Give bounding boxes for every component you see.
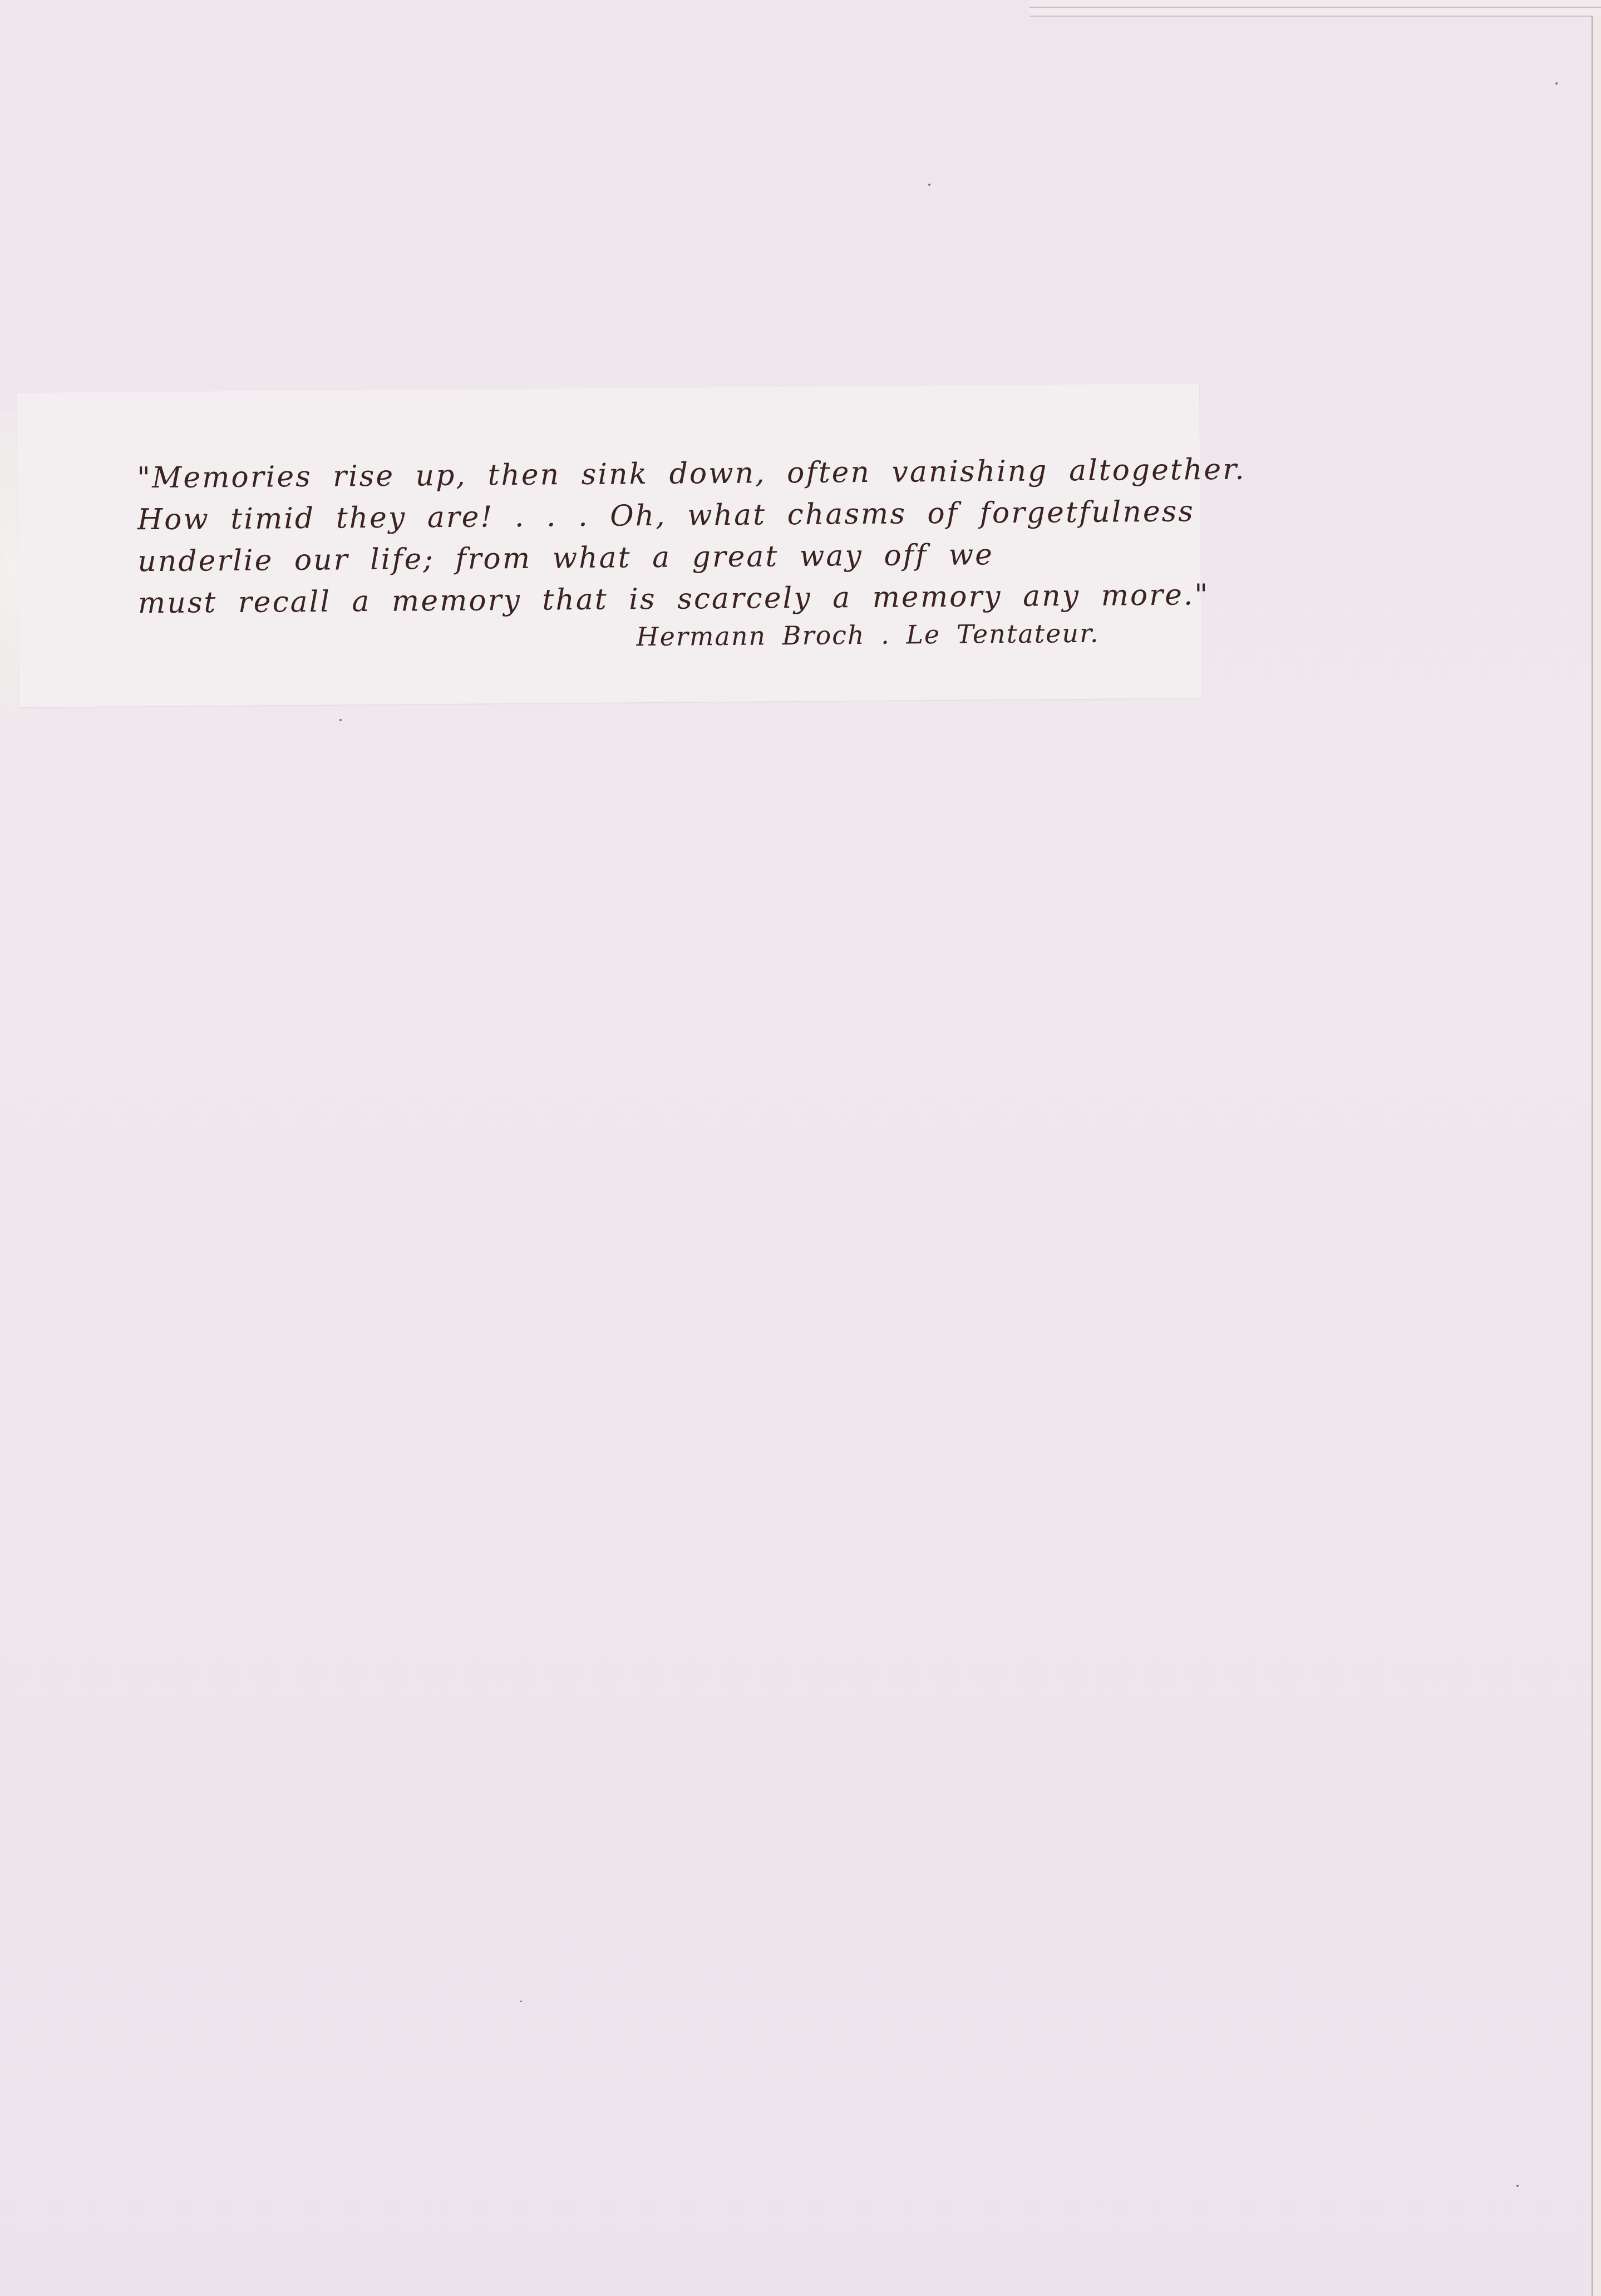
quote-line: "Memories rise up, then sink down, often…	[137, 450, 1167, 500]
paper-speck	[1555, 82, 1558, 85]
pasted-note-strip: "Memories rise up, then sink down, often…	[17, 383, 1201, 707]
page-top-edge	[1029, 0, 1601, 17]
page-top-edge-line	[1029, 7, 1601, 8]
page-right-edge	[1592, 16, 1601, 2296]
quote-line: must recall a memory that is scarcely a …	[138, 575, 1168, 625]
paper-speck	[339, 719, 342, 721]
paper-speck	[928, 184, 930, 186]
quote-line: underlie our life; from what a great way…	[137, 533, 1168, 583]
paper-speck	[520, 2001, 522, 2002]
handwritten-quote: "Memories rise up, then sink down, often…	[137, 450, 1168, 625]
quote-attribution: Hermann Broch . Le Tentateur.	[636, 618, 1100, 652]
quote-line: How timid they are! . . . Oh, what chasm…	[137, 491, 1168, 541]
paper-speck	[1516, 2185, 1519, 2187]
scanned-page: "Memories rise up, then sink down, often…	[0, 0, 1601, 2296]
